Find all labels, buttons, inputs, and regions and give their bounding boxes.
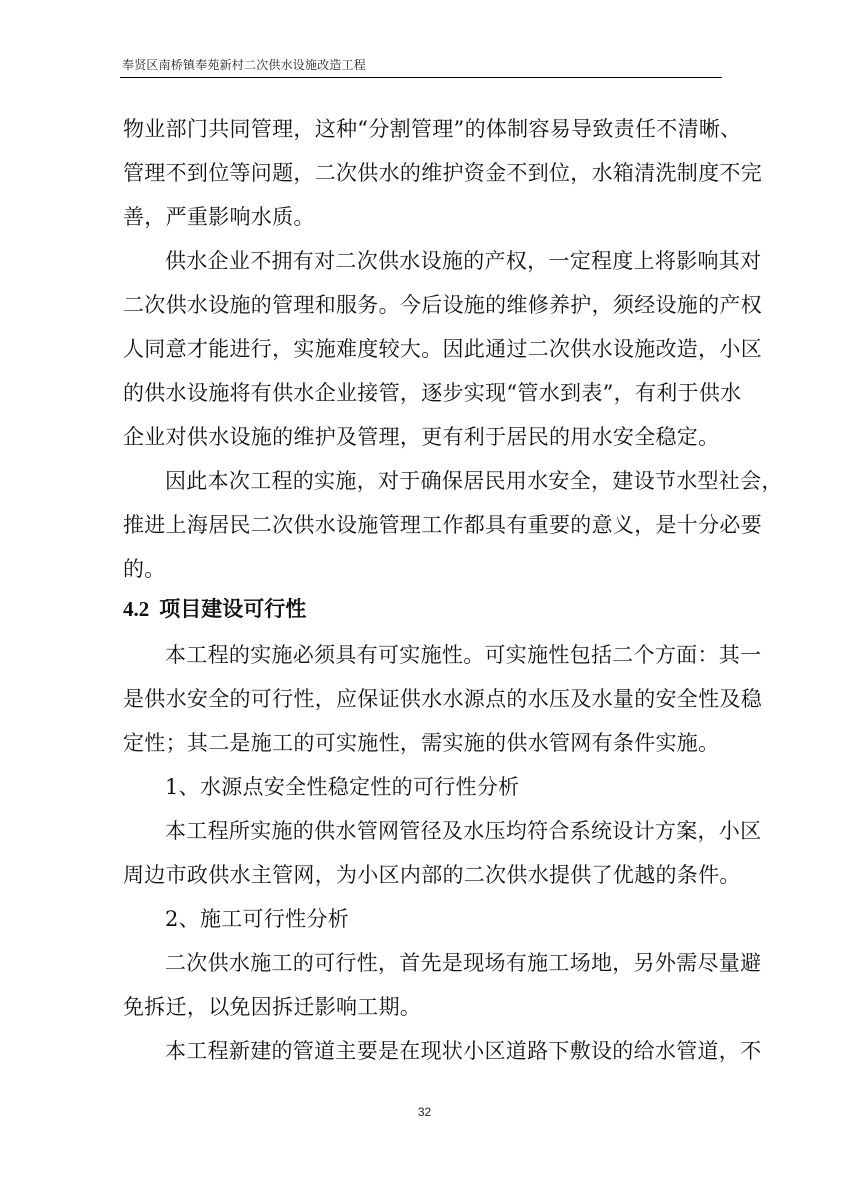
paragraph-line: 是供水安全的可行性，应保证供水水源点的水压及水量的安全性及稳 [123,687,723,711]
paragraph-line: 的。 [123,557,723,581]
paragraph-line: 善，严重影响水质。 [123,205,723,229]
subheading: 2、施工可行性分析 [165,907,723,931]
header-divider [120,77,722,78]
paragraph-line: 本工程的实施必须具有可实施性。可实施性包括二个方面：其一 [165,643,723,667]
paragraph-line: 周边市政供水主管网，为小区内部的二次供水提供了优越的条件。 [123,863,723,887]
paragraph-line: 管理不到位等问题，二次供水的维护资金不到位，水箱清洗制度不完 [123,161,723,185]
paragraph-line: 物业部门共同管理，这种“分割管理”的体制容易导致责任不清晰、 [123,117,723,141]
paragraph-line: 人同意才能进行，实施难度较大。因此通过二次供水设施改造，小区 [123,337,723,361]
section-title: 项目建设可行性 [159,597,306,621]
paragraph-line: 企业对供水设施的维护及管理，更有利于居民的用水安全稳定。 [123,425,723,449]
paragraph-line: 供水企业不拥有对二次供水设施的产权，一定程度上将影响其对 [165,249,723,273]
section-heading: 4.2项目建设可行性 [123,597,306,621]
paragraph-line: 定性；其二是施工的可实施性，需实施的供水管网有条件实施。 [123,731,723,755]
subheading: 1、水源点安全性稳定性的可行性分析 [165,775,723,799]
paragraph-line: 推进上海居民二次供水设施管理工作都具有重要的意义，是十分必要 [123,513,723,537]
paragraph-line: 因此本次工程的实施，对于确保居民用水安全，建设节水型社会， [165,469,723,493]
page-number: 32 [0,1105,849,1119]
paragraph-line: 本工程所实施的供水管网管径及水压均符合系统设计方案，小区 [165,819,723,843]
paragraph-line: 二次供水设施的管理和服务。今后设施的维修养护，须经设施的产权 [123,293,723,317]
paragraph-line: 本工程新建的管道主要是在现状小区道路下敷设的给水管道，不 [165,1039,723,1063]
paragraph-line: 免拆迁，以免因拆迁影响工期。 [123,995,723,1019]
paragraph-line: 二次供水施工的可行性，首先是现场有施工场地，另外需尽量避 [165,951,723,975]
section-number: 4.2 [123,597,149,621]
paragraph-line: 的供水设施将有供水企业接管，逐步实现“管水到表”，有利于供水 [123,381,723,405]
running-header: 奉贤区南桥镇奉苑新村二次供水设施改造工程 [122,56,366,73]
